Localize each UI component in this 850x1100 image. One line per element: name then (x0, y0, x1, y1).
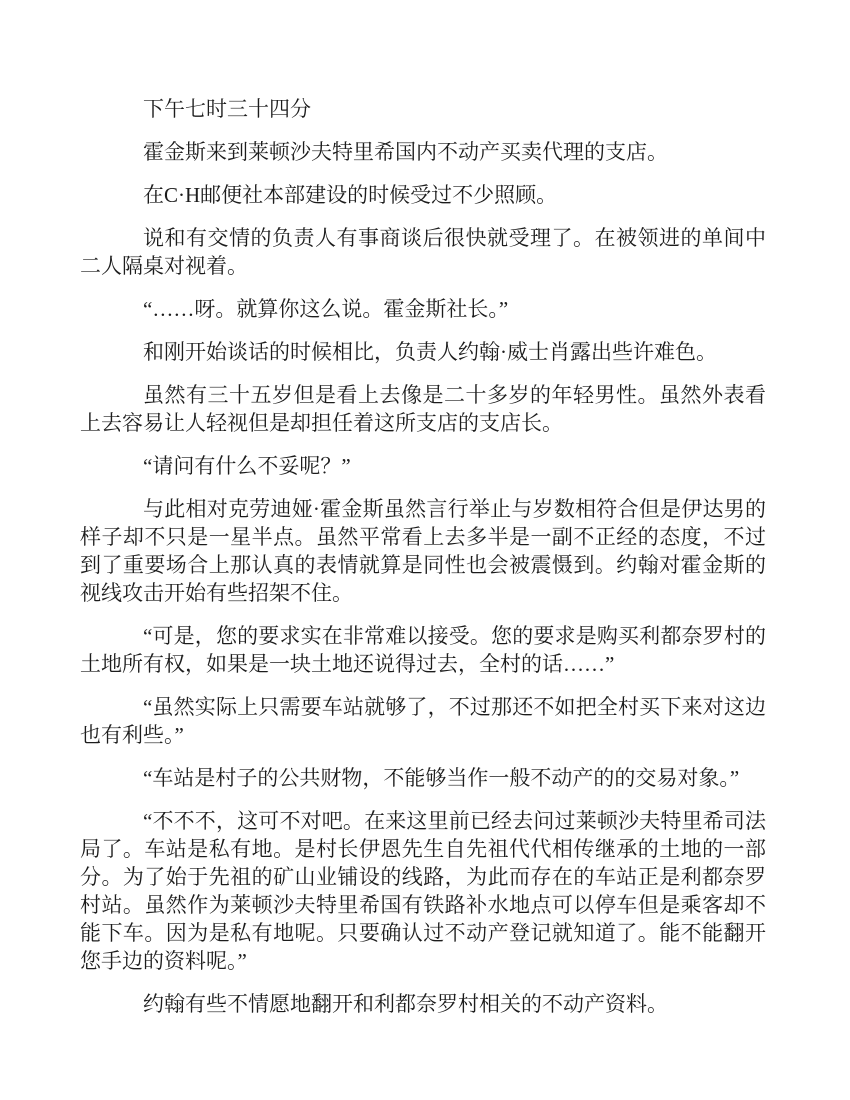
paragraph-5: “……呀。就算你这么说。霍金斯社长。” (80, 295, 766, 323)
paragraph-8: “请问有什么不妥呢？” (80, 452, 766, 480)
paragraph-11: “虽然实际上只需要车站就够了，不过那还不如把全村买下来对这边也有利些。” (80, 693, 766, 749)
paragraph-6: 和刚开始谈话的时候相比，负责人约翰·威士肖露出些许难色。 (80, 338, 766, 366)
paragraph-4: 说和有交情的负责人有事商谈后很快就受理了。在被领进的单间中二人隔桌对视着。 (80, 224, 766, 280)
paragraph-1: 下午七时三十四分 (80, 95, 766, 123)
paragraph-14: 约翰有些不情愿地翻开和利都奈罗村相关的不动产资料。 (80, 990, 766, 1018)
paragraph-12: “车站是村子的公共财物，不能够当作一般不动产的的交易对象。” (80, 764, 766, 792)
paragraph-13: “不不不，这可不对吧。在来这里前已经去问过莱顿沙夫特里希司法局了。车站是私有地。… (80, 807, 766, 975)
paragraph-7: 虽然有三十五岁但是看上去像是二十多岁的年轻男性。虽然外表看上去容易让人轻视但是却… (80, 381, 766, 437)
paragraph-9: 与此相对克劳迪娅·霍金斯虽然言行举止与岁数相符合但是伊达男的样子却不只是一星半点… (80, 495, 766, 607)
document-page: 下午七时三十四分霍金斯来到莱顿沙夫特里希国内不动产买卖代理的支店。在C·H邮便社… (80, 95, 766, 1018)
paragraph-10: “可是，您的要求实在非常难以接受。您的要求是购买利都奈罗村的土地所有权，如果是一… (80, 622, 766, 678)
paragraph-2: 霍金斯来到莱顿沙夫特里希国内不动产买卖代理的支店。 (80, 138, 766, 166)
paragraph-3: 在C·H邮便社本部建设的时候受过不少照顾。 (80, 181, 766, 209)
